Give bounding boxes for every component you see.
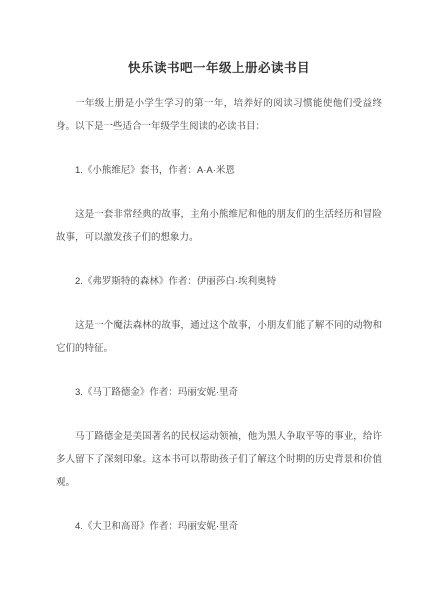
document-page: 快乐读书吧一年级上册必读书目 一年级上册是小学生学习的第一年，培养好的阅读习惯能…: [0, 0, 424, 600]
book-2-description: 这是一个魔法森林的故事，通过这个故事，小朋友们能了解不同的动物和它们的特征。: [56, 314, 382, 360]
book-3-description: 马丁路德金是美国著名的民权运动领袖，他为黑人争取平等的事业，给许多人留下了深刻印…: [56, 425, 382, 494]
book-2-heading: 2.《弗罗斯特的森林》作者：伊丽莎白·埃利奥特: [56, 270, 382, 293]
book-1-description: 这是一套非常经典的故事，主角小熊维尼和他的朋友们的生活经历和冒险故事，可以激发孩…: [56, 203, 382, 249]
book-1-heading: 1.《小熊维尼》套书，作者：A·A·米恩: [56, 159, 382, 182]
document-title: 快乐读书吧一年级上册必读书目: [56, 56, 382, 80]
intro-paragraph: 一年级上册是小学生学习的第一年，培养好的阅读习惯能使他们受益终身。以下是一些适合…: [56, 92, 382, 138]
book-3-heading: 3.《马丁路德金》作者：玛丽安妮·里奇: [56, 381, 382, 404]
book-4-heading: 4.《大卫和高哥》作者：玛丽安妮·里奇: [56, 515, 382, 538]
